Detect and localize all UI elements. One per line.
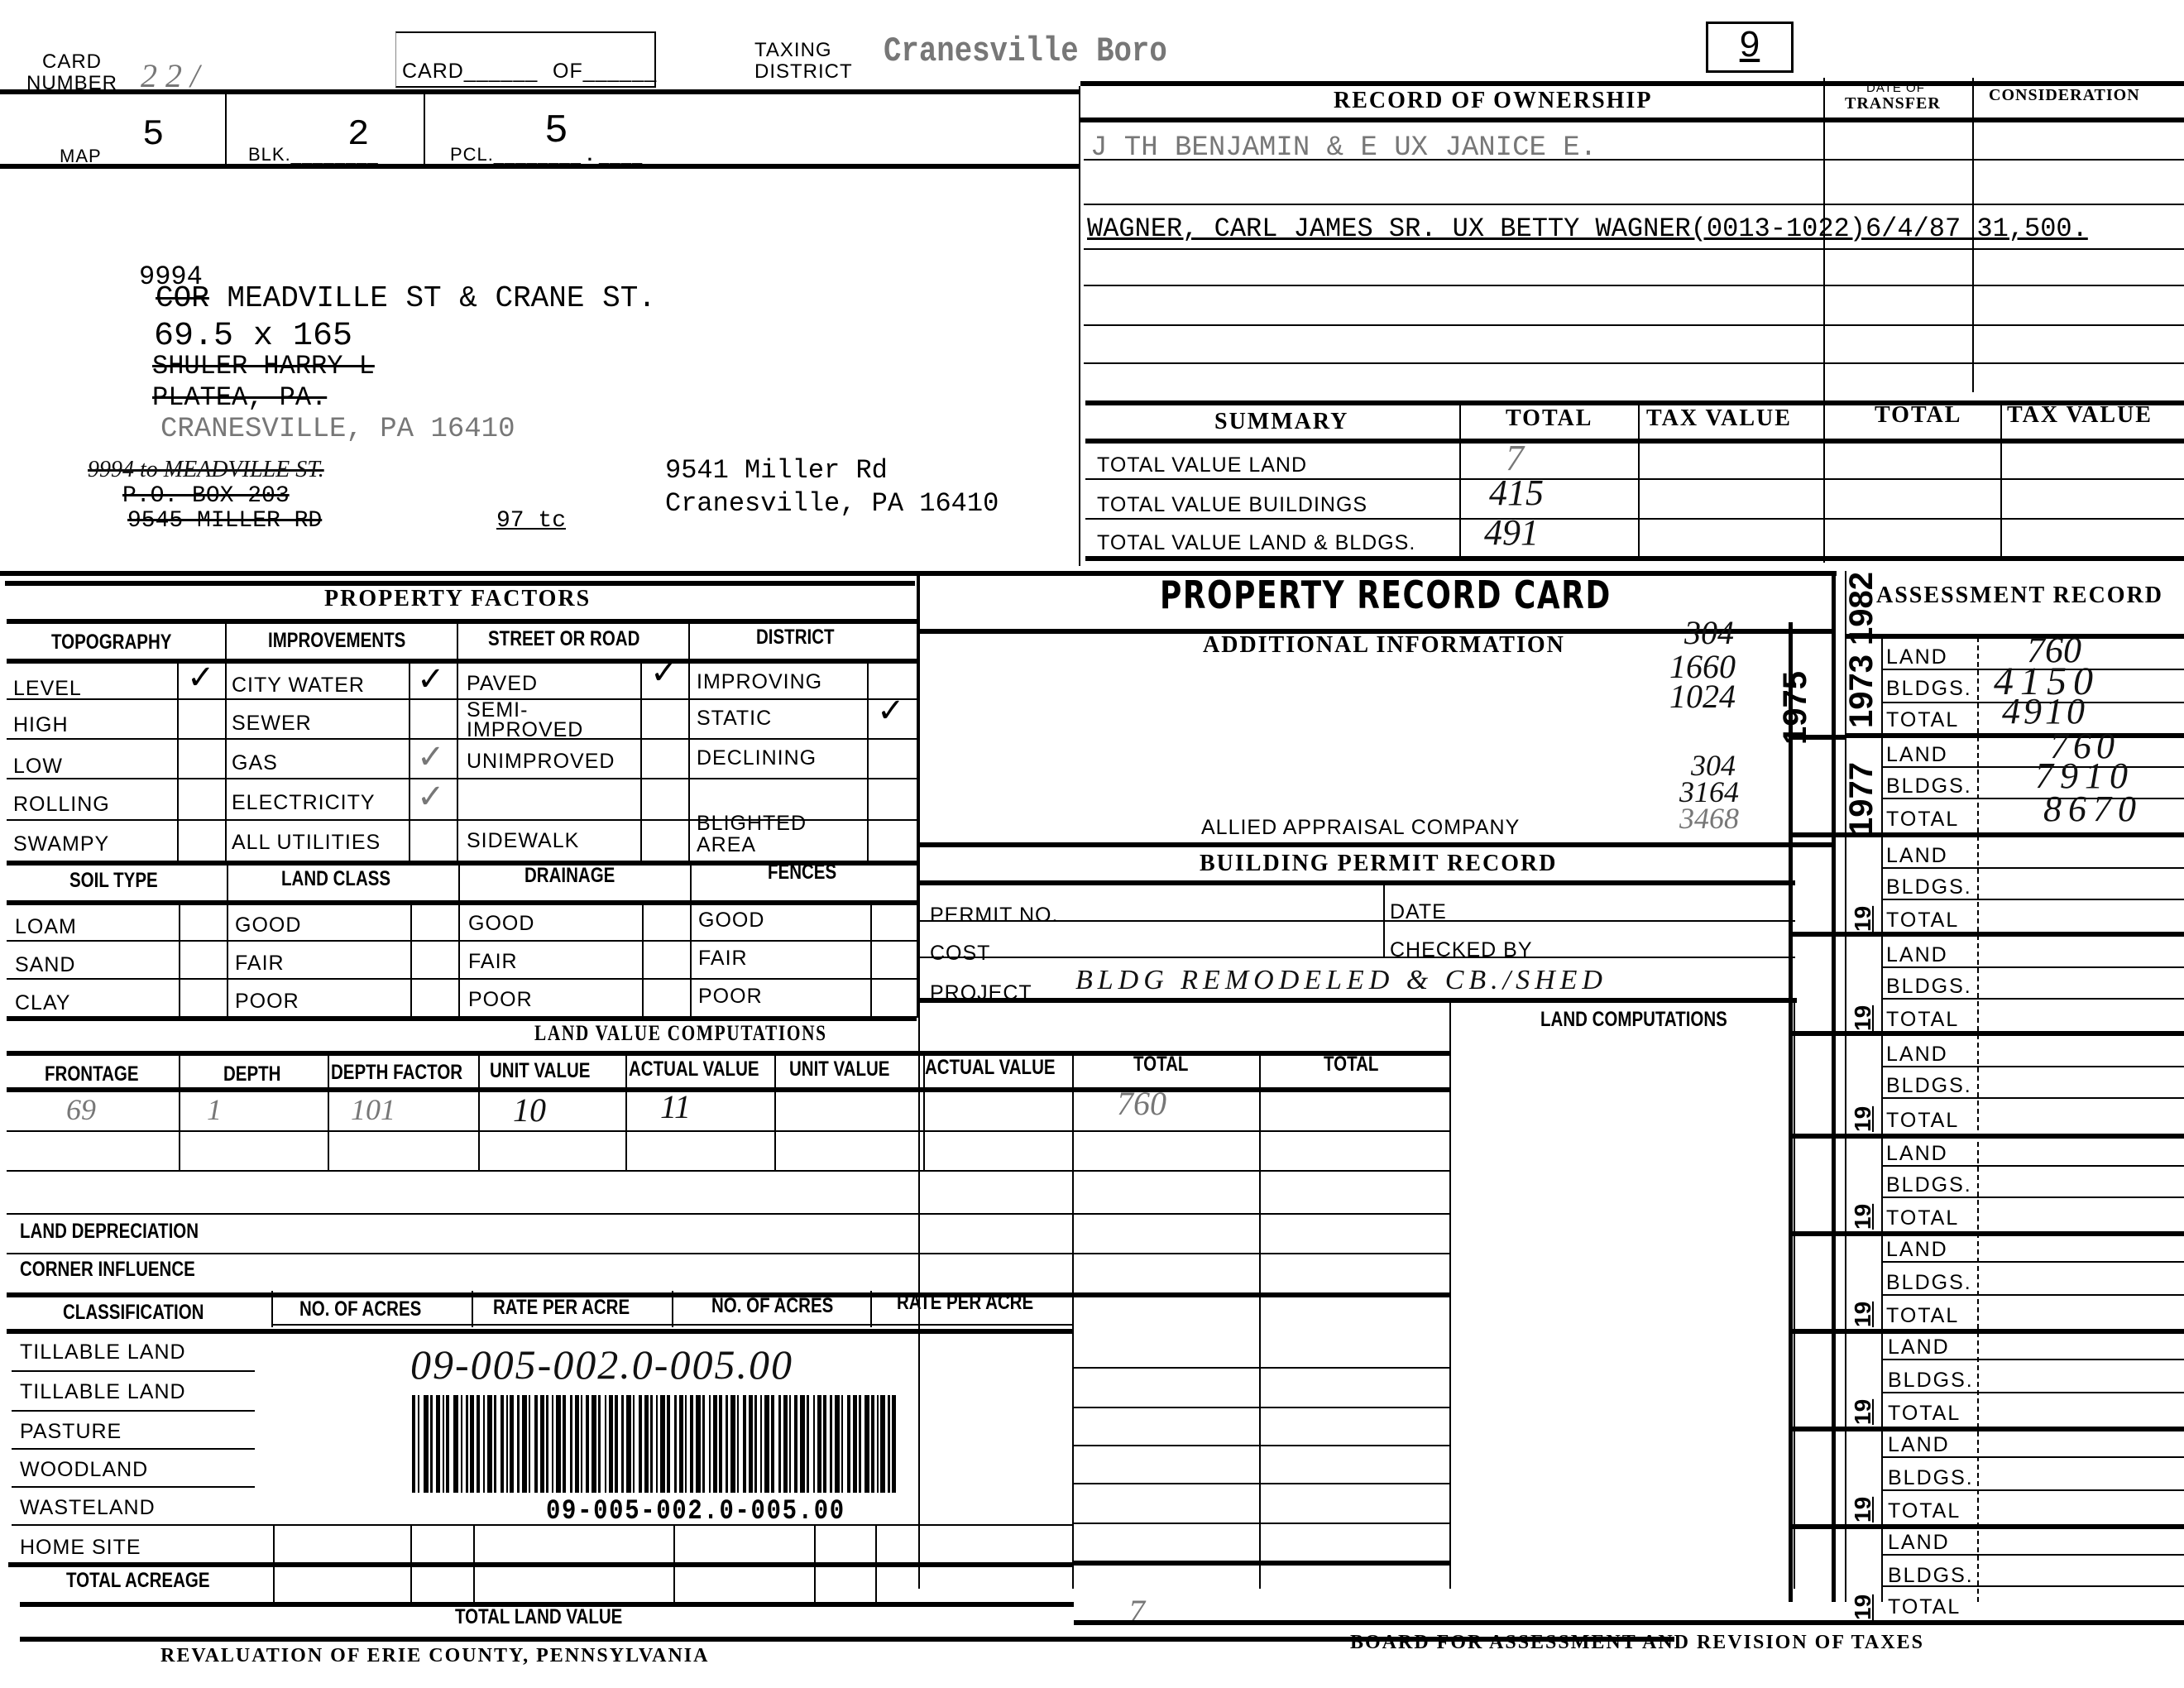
col-unit-value-2: UNIT VALUE (789, 1057, 889, 1081)
soil-loam: LOAM (15, 915, 77, 939)
old-address-1: 9994 to MEADVILLE ST. (88, 457, 324, 483)
fences-fair: FAIR (698, 947, 748, 971)
property-factors-title: PROPERTY FACTORS (324, 586, 591, 612)
assess-1-land-label: LAND (1886, 645, 1948, 669)
factor-low: LOW (13, 755, 63, 779)
additional-num-3: 1024 (1669, 677, 1736, 716)
land-value-title: LAND VALUE COMPUTATIONS (534, 1021, 827, 1046)
factor-blighted-area: BLIGHTED AREA (697, 813, 862, 856)
assess-6-bldgs-label: BLDGS. (1886, 1173, 1972, 1197)
summary-col-tax-value: TAX VALUE (1646, 405, 1792, 432)
assess-9-bldgs-label: BLDGS. (1888, 1466, 1974, 1490)
former-city: PLATEA, PA. (152, 382, 327, 413)
assess-4-land-label: LAND (1886, 943, 1948, 967)
check-static[interactable]: ✓ (877, 692, 905, 730)
assess-2-bldgs-label: BLDGS. (1886, 774, 1972, 798)
col-total-2: TOTAL (1324, 1053, 1378, 1077)
former-owner: SHULER HARRY L (152, 351, 375, 381)
class-tillable-land-1: TILLABLE LAND (20, 1340, 186, 1364)
address-street: MEADVILLE ST & CRANE ST. (227, 281, 655, 315)
assess-8-total-label: TOTAL (1888, 1402, 1961, 1426)
consideration-label: CONSIDERATION (1989, 86, 2140, 105)
class-woodland: WOODLAND (20, 1458, 148, 1482)
land-class-header: LAND CLASS (281, 867, 390, 891)
assessment-title: ASSESSMENT RECORD (1876, 583, 2163, 609)
fences-header: FENCES (768, 861, 836, 885)
assess-3-land-label: LAND (1886, 844, 1948, 868)
col-total-1: TOTAL (1133, 1053, 1188, 1077)
check-electricity[interactable]: ✓ (417, 778, 445, 816)
col-actual-value-1: ACTUAL VALUE (629, 1057, 759, 1081)
assess-7-land-label: LAND (1886, 1238, 1948, 1262)
col-no-of-acres-1: NO. OF ACRES (299, 1297, 421, 1321)
frontage-value[interactable]: 69 (66, 1092, 96, 1127)
factor-city-water: CITY WATER (232, 674, 365, 698)
street-header: STREET OR ROAD (488, 627, 639, 651)
summary-label-land-bldgs: TOTAL VALUE LAND & BLDGS. (1097, 531, 1415, 555)
additional-num-1: 304 (1684, 616, 1734, 650)
factor-semi-improved: SEMI-IMPROVED (467, 700, 632, 740)
permit-title: BUILDING PERMIT RECORD (1200, 851, 1557, 877)
ownership-row-3: WAGNER, CARL JAMES SR. UX BETTY WAGNER(0… (1087, 213, 2088, 244)
unit-value-1[interactable]: 10 (513, 1091, 546, 1129)
summary-total-land-bldgs[interactable]: 491 (1484, 511, 1539, 554)
summary-col-total2: TOTAL (1875, 402, 1961, 429)
summary-label-buildings: TOTAL VALUE BUILDINGS (1097, 493, 1367, 517)
improvements-header: IMPROVEMENTS (268, 629, 405, 653)
class-wasteland: WASTELAND (20, 1496, 156, 1520)
assess-10-bldgs-label: BLDGS. (1888, 1564, 1974, 1588)
land-class-poor: POOR (235, 990, 299, 1014)
box-number-value: 9 (1708, 24, 1791, 65)
class-tillable-land-2: TILLABLE LAND (20, 1380, 186, 1404)
col-rate-per-acre-1: RATE PER ACRE (493, 1296, 630, 1320)
depth-value[interactable]: 1 (207, 1092, 222, 1127)
col-actual-value-2: ACTUAL VALUE (925, 1056, 1056, 1080)
assess-1-total-label: TOTAL (1886, 708, 1959, 732)
assess-8-bldgs-label: BLDGS. (1888, 1369, 1974, 1393)
depth-factor-value[interactable]: 101 (351, 1092, 395, 1127)
parcel-id-handwritten: 09-005-002.0-005.00 (410, 1340, 793, 1388)
land-computations-title: LAND COMPUTATIONS (1540, 1008, 1727, 1032)
factor-sewer: SEWER (232, 712, 312, 736)
check-gas[interactable]: ✓ (417, 738, 445, 776)
assess-6-year: 19 (1850, 1204, 1876, 1230)
footer-right: BOARD FOR ASSESSMENT AND REVISION OF TAX… (1350, 1632, 1924, 1654)
footer-left: REVALUATION OF ERIE COUNTY, PENNSYLVANIA (160, 1645, 709, 1667)
col-classification: CLASSIFICATION (63, 1301, 204, 1325)
stamp-year-1982: 1982 (1843, 572, 1880, 645)
assess-2-land-label: LAND (1886, 743, 1948, 767)
stamp-year-1973: 1973 (1843, 655, 1880, 728)
topography-header: TOPOGRAPHY (51, 631, 171, 655)
col-no-of-acres-2: NO. OF ACRES (711, 1294, 833, 1318)
assess-7-year: 19 (1850, 1302, 1876, 1327)
summary-label-land: TOTAL VALUE LAND (1097, 453, 1307, 477)
class-home-site: HOME SITE (20, 1536, 141, 1560)
factor-gas: GAS (232, 751, 278, 775)
map-value[interactable]: 5 (142, 114, 164, 156)
lot-dimensions: 69.5 x 165 (154, 318, 352, 355)
land-depreciation-label: LAND DEPRECIATION (20, 1220, 199, 1244)
summary-total-buildings[interactable]: 415 (1489, 472, 1544, 514)
col-unit-value-1: UNIT VALUE (490, 1059, 590, 1083)
assess-5-bldgs-label: BLDGS. (1886, 1074, 1972, 1098)
blk-value[interactable]: 2 (347, 114, 369, 156)
taxing-district-label: TAXING DISTRICT (754, 40, 854, 83)
old-address-note: 97 tc (496, 508, 566, 534)
district-header: DISTRICT (756, 626, 835, 650)
additional-info-title: ADDITIONAL INFORMATION (1203, 632, 1565, 659)
city-line: CRANESVILLE, PA 16410 (160, 414, 515, 445)
assess-9-land-label: LAND (1888, 1433, 1950, 1457)
class-pasture: PASTURE (20, 1420, 122, 1444)
summary-col-total: TOTAL (1506, 405, 1592, 432)
address-struck-prefix: COR (156, 281, 209, 315)
mailing-line2: Cranesville, PA 16410 (665, 488, 999, 519)
col-depth-factor: DEPTH FACTOR (331, 1061, 462, 1085)
soil-sand: SAND (15, 953, 75, 977)
drainage-header: DRAINAGE (524, 864, 615, 888)
assess-5-land-label: LAND (1886, 1043, 1948, 1067)
factor-high: HIGH (13, 713, 69, 737)
checked-by-label: CHECKED BY (1390, 938, 1533, 962)
factor-improving: IMPROVING (697, 670, 822, 694)
old-address-2: P.O. BOX 203 (122, 483, 290, 509)
actual-value-1[interactable]: 11 (660, 1087, 691, 1126)
land-class-good: GOOD (235, 914, 301, 938)
date-of-label: DATE OF (1866, 81, 1925, 95)
fences-poor: POOR (698, 985, 763, 1009)
assess-5-year: 19 (1850, 1106, 1876, 1132)
soil-clay: CLAY (15, 991, 70, 1015)
address-line1: COR MEADVILLE ST & CRANE ST. (156, 281, 656, 315)
assess-6-total-label: TOTAL (1886, 1206, 1959, 1230)
assess-2-total-label: TOTAL (1886, 808, 1959, 832)
barcode-text: 09-005-002.0-005.00 (546, 1496, 845, 1527)
col-frontage: FRONTAGE (45, 1062, 139, 1086)
assess-7-bldgs-label: BLDGS. (1886, 1271, 1972, 1295)
total-acreage-label: TOTAL ACREAGE (66, 1569, 210, 1593)
card-label: CARD______ (402, 60, 538, 84)
assess-4-bldgs-label: BLDGS. (1886, 975, 1972, 999)
soil-type-header: SOIL TYPE (69, 869, 158, 893)
factor-swampy: SWAMPY (13, 832, 109, 856)
check-city-water[interactable]: ✓ (417, 660, 445, 698)
factor-paved: PAVED (467, 672, 538, 696)
drainage-poor: POOR (468, 988, 533, 1012)
assess-3-total-label: TOTAL (1886, 909, 1959, 933)
factor-level: LEVEL (13, 677, 82, 701)
appraiser-name: ALLIED APPRAISAL COMPANY (1201, 816, 1520, 840)
assess-10-total-label: TOTAL (1888, 1595, 1961, 1619)
assess-9-year: 19 (1850, 1497, 1876, 1523)
of-label: OF______ (553, 60, 657, 84)
permit-no-label: PERMIT NO. (930, 904, 1058, 928)
assess-5-total-label: TOTAL (1886, 1109, 1959, 1133)
box-number: 9 (1706, 22, 1794, 73)
drainage-good: GOOD (468, 912, 534, 936)
mailing-line1: 9541 Miller Rd (665, 455, 888, 486)
summary-col-tax-value2: TAX VALUE (2007, 402, 2153, 429)
assess-8-year: 19 (1850, 1399, 1876, 1425)
total-value-1[interactable]: 760 (1117, 1084, 1166, 1123)
summary-title: SUMMARY (1214, 409, 1348, 435)
assess-4-total-label: TOTAL (1886, 1008, 1959, 1032)
drainage-fair: FAIR (468, 950, 518, 974)
assess-1-bldgs-label: BLDGS. (1886, 677, 1972, 701)
corner-influence-label: CORNER INFLUENCE (20, 1258, 195, 1282)
card-title: PROPERTY RECORD CARD (1160, 573, 1612, 617)
fences-good: GOOD (698, 909, 764, 933)
check-paved[interactable]: ✓ (650, 654, 678, 692)
ownership-row-1: J TH BENJAMIN & E UX JANICE E. (1090, 132, 1597, 164)
assess-10-land-label: LAND (1888, 1531, 1950, 1555)
assess-3-bldgs-label: BLDGS. (1886, 875, 1972, 899)
transfer-label: TRANSFER (1845, 94, 1941, 113)
factor-all-utilities: ALL UTILITIES (232, 831, 381, 855)
stamp-year-1975: 1975 (1777, 671, 1814, 745)
ownership-title: RECORD OF OWNERSHIP (1334, 88, 1652, 114)
col-depth: DEPTH (223, 1062, 280, 1086)
old-address-3: 9545 MILLER RD (127, 508, 322, 534)
total-land-value-label: TOTAL LAND VALUE (455, 1605, 622, 1629)
factor-static: STATIC (697, 707, 772, 731)
project-value[interactable]: BLDG REMODELED & CB./SHED (1075, 965, 1607, 996)
factor-rolling: ROLLING (13, 793, 110, 817)
taxing-district-value[interactable]: Cranesville Boro (884, 31, 1167, 71)
factor-declining: DECLINING (697, 746, 817, 770)
assess-4-year: 19 (1850, 1005, 1876, 1031)
land-class-fair: FAIR (235, 952, 285, 976)
assess-2-total[interactable]: 8670 (2043, 788, 2143, 830)
factor-electricity: ELECTRICITY (232, 791, 376, 815)
col-rate-per-acre-2: RATE PER ACRE (897, 1291, 1033, 1315)
check-level[interactable]: ✓ (187, 659, 215, 697)
assess-8-land-label: LAND (1888, 1336, 1950, 1360)
assess-10-year: 19 (1850, 1594, 1876, 1620)
pcl-value[interactable]: 5 (544, 109, 568, 154)
permit-cost-label: COST (930, 942, 990, 966)
factor-sidewalk: SIDEWALK (467, 829, 579, 853)
assess-6-land-label: LAND (1886, 1142, 1948, 1166)
assess-9-total-label: TOTAL (1888, 1499, 1961, 1523)
project-label: PROJECT (930, 981, 1032, 1005)
stamp-year-1977: 1977 (1843, 762, 1880, 836)
additional-num-6: 3468 (1679, 801, 1739, 836)
factor-unimproved: UNIMPROVED (467, 750, 615, 774)
assess-3-year: 19 (1850, 906, 1876, 932)
card-number-label: CARD NUMBER (18, 51, 126, 94)
permit-date-label: DATE (1390, 900, 1447, 924)
assess-7-total-label: TOTAL (1886, 1304, 1959, 1328)
parcel-barcode (412, 1395, 1061, 1493)
